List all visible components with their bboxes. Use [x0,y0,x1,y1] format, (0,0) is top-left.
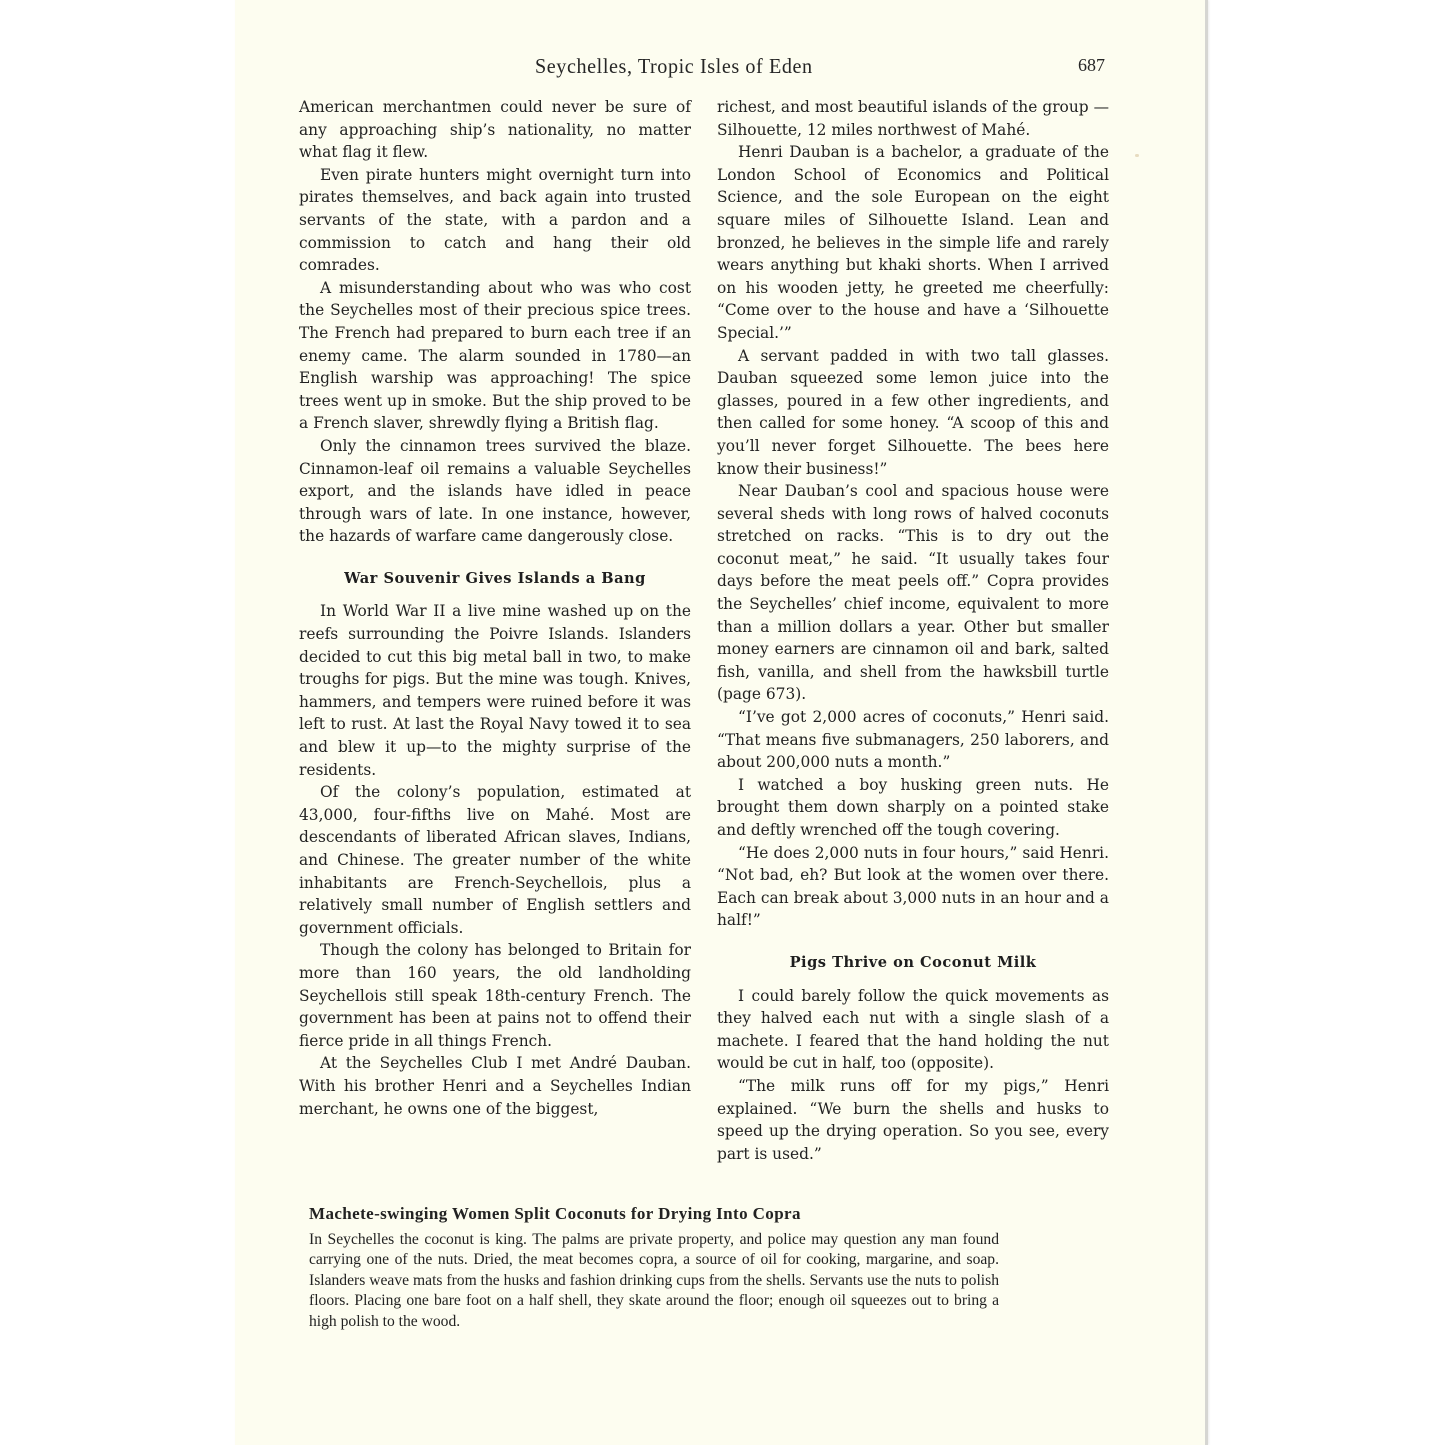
paper-speck [1135,154,1139,157]
paragraph: “The milk runs off for my pigs,” Henri e… [717,1075,1109,1165]
paragraph: Even pirate hunters might overnight turn… [299,164,691,277]
page-number: 687 [1078,55,1105,76]
paragraph: I could barely follow the quick movement… [717,985,1109,1075]
photo-caption: Machete-swinging Women Split Coconuts fo… [309,1204,999,1332]
paragraph: Though the colony has belonged to Britai… [299,939,691,1052]
paragraph: Of the colony’s population, estimated at… [299,781,691,939]
magazine-page: Seychelles, Tropic Isles of Eden 687 Ame… [235,0,1208,1445]
paragraph: In World War II a live mine washed up on… [299,600,691,781]
paragraph: richest, and most beautiful islands of t… [717,96,1109,141]
paragraph: I watched a boy husking green nuts. He b… [717,774,1109,842]
paragraph: American merchantmen could never be sure… [299,96,691,164]
running-title: Seychelles, Tropic Isles of Eden [535,54,813,79]
paragraph: Henri Dauban is a bachelor, a graduate o… [717,141,1109,344]
paragraph: Near Dauban’s cool and spacious house we… [717,480,1109,706]
left-column: American merchantmen could never be sure… [299,96,691,1120]
paragraph: At the Seychelles Club I met André Dau­b… [299,1052,691,1120]
caption-body: In Seychelles the coconut is king. The p… [309,1230,999,1332]
paragraph: A misunderstanding about who was who cos… [299,277,691,435]
section-subhead: War Souvenir Gives Islands a Bang [299,568,691,591]
running-head: Seychelles, Tropic Isles of Eden 687 [235,54,1205,84]
paragraph: Only the cinnamon trees survived the bla… [299,435,691,548]
section-subhead: Pigs Thrive on Coconut Milk [717,952,1109,975]
right-column: richest, and most beautiful islands of t… [717,96,1109,1165]
paragraph: “I’ve got 2,000 acres of coconuts,” Henr… [717,706,1109,774]
paragraph: “He does 2,000 nuts in four hours,” said… [717,842,1109,932]
caption-title: Machete-swinging Women Split Coconuts fo… [309,1204,999,1224]
paragraph: A servant padded in with two tall glasse… [717,345,1109,481]
